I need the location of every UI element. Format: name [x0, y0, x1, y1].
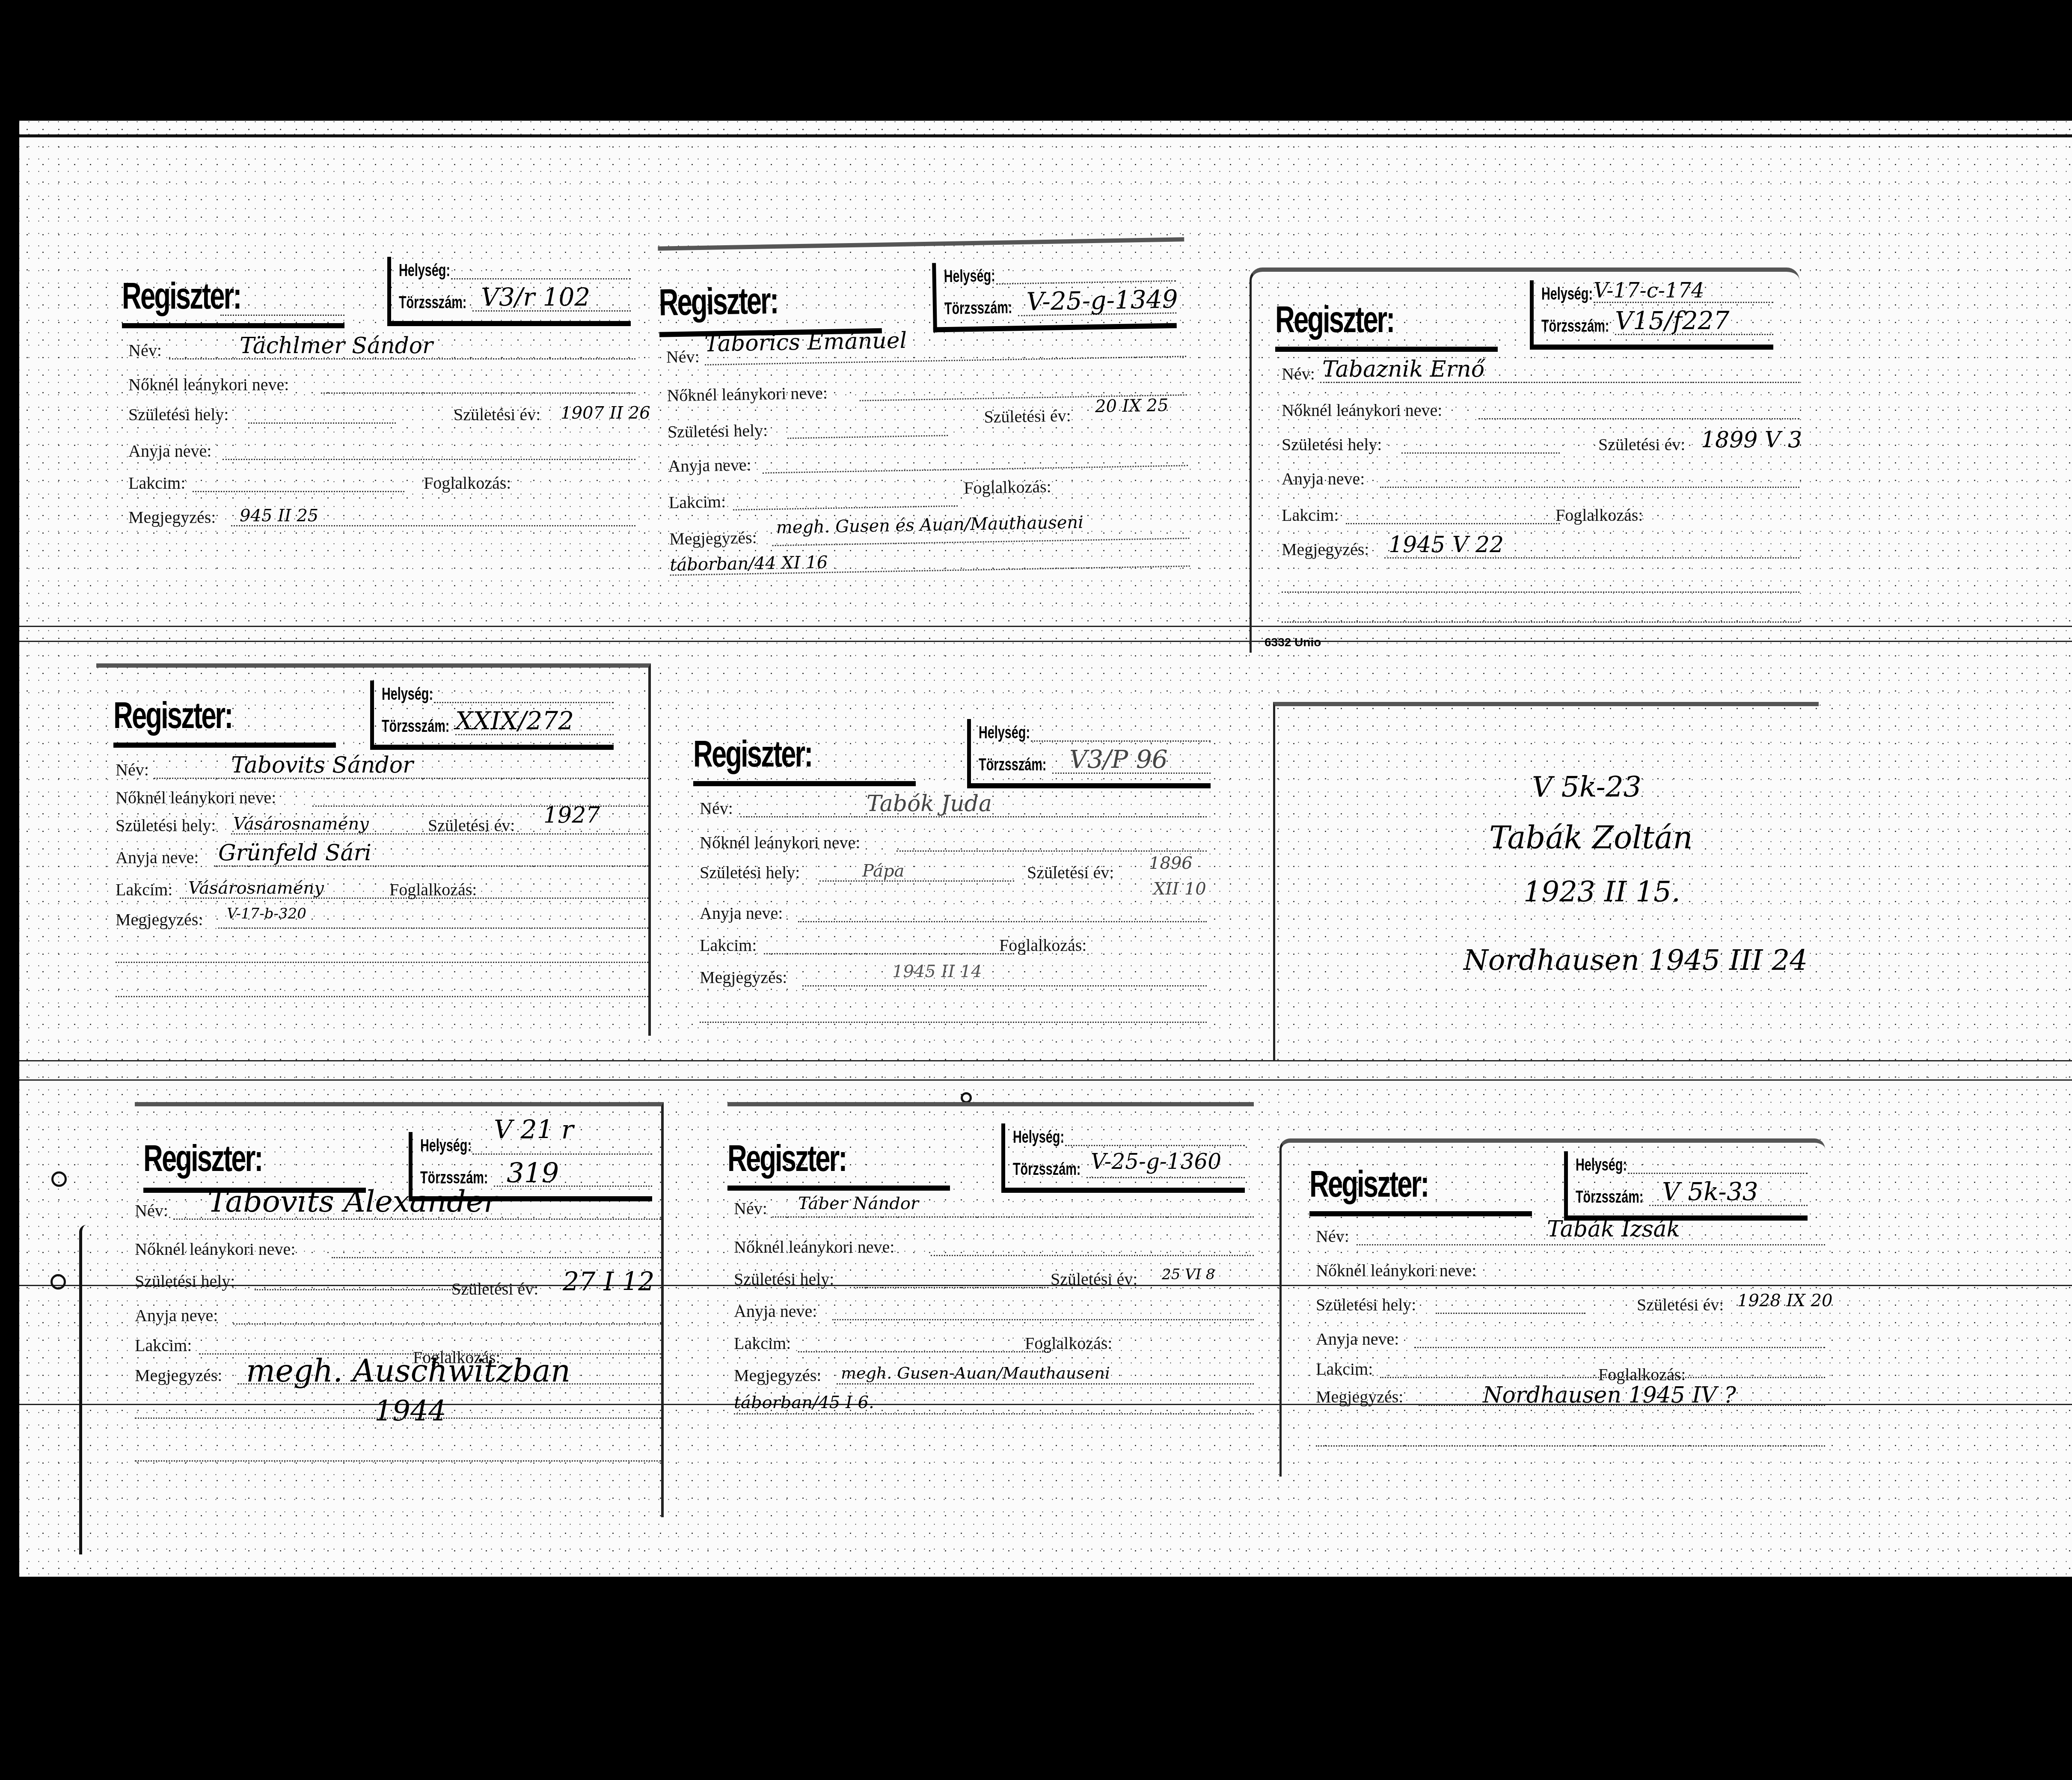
- nev-label: Név:: [1282, 364, 1315, 384]
- register-label: Regiszter:: [659, 279, 778, 324]
- megjegyzes-value: V-17-b-320: [227, 905, 306, 922]
- torzsszam-value: V 5k-33: [1662, 1177, 1758, 1206]
- szul-ev-value: 1899 V 3: [1701, 427, 1802, 453]
- id-box: Helység: V-17-c-174 Törzsszám: V15/f227: [1530, 280, 1773, 350]
- nev-label: Név:: [135, 1201, 168, 1221]
- lakcim-value: Vásárosnamény: [188, 878, 324, 898]
- helyseg-value: V 21 r: [494, 1115, 574, 1145]
- szul-hely-label: Születési hely:: [734, 1269, 834, 1289]
- helyseg-label: Helység:: [1576, 1156, 1627, 1175]
- punch-hole-icon: [50, 1274, 66, 1290]
- dotted-line: [434, 702, 614, 703]
- nev-value: Táber Nándor: [798, 1194, 919, 1213]
- register-dotted-line: [220, 315, 344, 316]
- nev-value: Tabovits Sándor: [231, 752, 413, 778]
- torzsszam-label: Törzsszám:: [399, 293, 466, 312]
- foglalkozas-label: Foglalkozás:: [999, 935, 1086, 955]
- dotted-line: [1065, 1145, 1245, 1146]
- dotted-line: [1628, 1173, 1808, 1174]
- megjegyzes-value: megh. Gusen-Auan/Mauthauseni: [841, 1364, 1110, 1382]
- szul-ev-value: 25 VI 8: [1162, 1266, 1215, 1283]
- anyja-label: Anyja neve:: [700, 903, 783, 923]
- ruled-line: [19, 1079, 2072, 1081]
- torzsszam-value: V-25-g-1349: [1026, 285, 1178, 316]
- nev-label: Név:: [734, 1198, 767, 1218]
- megjegyzes-label: Megjegyzés:: [1282, 539, 1369, 559]
- helyseg-label: Helység:: [1541, 285, 1593, 304]
- register-card: Regiszter: Helység: V-17-c-174 Törzsszám…: [1250, 267, 1799, 653]
- nev-label: Név:: [666, 346, 700, 367]
- torzsszam-value: V15/f227: [1615, 306, 1729, 335]
- leanykori-label: Nőknél leánykori neve:: [700, 832, 860, 853]
- lakcim-label: Lakcim:: [668, 491, 726, 512]
- nev-value: Tabák Izsák: [1547, 1216, 1680, 1242]
- anyja-label: Anyja neve:: [135, 1305, 218, 1325]
- foglalkozas-label: Foglalkozás:: [389, 880, 477, 900]
- anyja-label: Anyja neve:: [1316, 1329, 1399, 1349]
- lakcim-label: Lakcim:: [135, 1335, 192, 1355]
- szul-ev-value: 1907 II 26: [561, 403, 650, 423]
- szul-hely-value: Pápa: [862, 861, 904, 881]
- lakcim-label: Lakcim:: [700, 935, 757, 955]
- szul-ev-value: 1896: [1149, 853, 1193, 873]
- szul-ev-label: Születési év:: [454, 404, 540, 425]
- register-card: Regiszter: Helység: Törzsszám: XXIX/272 …: [96, 663, 651, 1036]
- register-label: Regiszter:: [113, 693, 232, 737]
- nev-label: Név:: [700, 798, 733, 818]
- szul-ev-label: Születési év:: [1051, 1269, 1137, 1289]
- szul-ev-value: 27 I 12: [563, 1267, 655, 1297]
- top-edge-band: [19, 121, 2072, 137]
- szul-ev-label: Születési év:: [1027, 862, 1114, 883]
- anyja-label: Anyja neve:: [668, 455, 751, 476]
- lakcim-label: Lakcim:: [1282, 505, 1339, 525]
- szul-ev-label: Születési év:: [1637, 1295, 1724, 1315]
- handwritten-line: Nordhausen 1945 III 24: [1463, 944, 1808, 977]
- szul-hely-label: Születési hely:: [1316, 1295, 1416, 1315]
- dotted-line: [1086, 1177, 1245, 1178]
- nev-value: Tabovits Alexander: [208, 1184, 498, 1219]
- anyja-label: Anyja neve:: [128, 441, 211, 461]
- handwritten-line: Tabák Zoltán: [1489, 820, 1693, 856]
- printer-mark: 6332 Unio: [1265, 636, 1321, 649]
- nev-value: Tächlmer Sándor: [240, 333, 433, 359]
- leanykori-label: Nőknél leánykori neve:: [667, 383, 828, 406]
- megjegyzes-label: Megjegyzés:: [128, 507, 216, 527]
- register-underline: [693, 781, 916, 786]
- szul-ev-value: 1928 IX 20: [1737, 1291, 1832, 1310]
- szul-ev-label: Születési év:: [984, 405, 1071, 427]
- dotted-line: [996, 280, 1176, 285]
- megjegyzes-value-line2: táborban/44 XI 16: [670, 553, 828, 575]
- torzsszam-value: V3/r 102: [481, 282, 590, 312]
- anyja-label: Anyja neve:: [1282, 469, 1365, 489]
- register-card: Regiszter: Helység: Törzsszám: V-25-g-13…: [658, 237, 1190, 627]
- szul-hely-value: Vásárosnamény: [233, 814, 369, 834]
- dotted-line: [451, 278, 631, 279]
- megjegyzes-value: 1945 V 22: [1389, 532, 1504, 558]
- helyseg-label: Helység:: [1013, 1128, 1064, 1147]
- foglalkozas-label: Foglalkozás:: [964, 476, 1051, 498]
- dotted-line: [472, 1153, 652, 1155]
- szul-ev-label: Születési év:: [428, 815, 515, 835]
- szul-hely-label: Születési hely:: [667, 420, 768, 442]
- register-label: Regiszter:: [693, 732, 812, 776]
- register-underline: [1275, 347, 1498, 352]
- handwritten-card: V 5k-23 Tabák Zoltán 1923 II 15. Nordhau…: [1273, 702, 1819, 1061]
- id-box: Helység: Törzsszám: V-25-g-1360: [1001, 1123, 1245, 1193]
- megjegyzes-label: Megjegyzés:: [1316, 1387, 1403, 1407]
- szul-ev-label: Születési év:: [1598, 434, 1685, 455]
- register-label: Regiszter:: [727, 1136, 846, 1180]
- id-box: Helység: Törzsszám: V-25-g-1349: [932, 259, 1177, 333]
- helyseg-label: Helység:: [979, 723, 1030, 743]
- megjegyzes-value: megh. Gusen és Auan/Mauthauseni: [776, 513, 1083, 538]
- megjegyzes-value: 945 II 25: [240, 506, 318, 526]
- szul-ev-value: 20 IX 25: [1095, 395, 1169, 416]
- foglalkozas-label: Foglalkozás:: [424, 473, 511, 493]
- anyja-value: Grünfeld Sári: [218, 840, 371, 866]
- helyseg-label: Helység:: [399, 261, 450, 280]
- helyseg-label: Helység:: [944, 266, 995, 286]
- leanykori-label: Nőknél leánykori neve:: [128, 374, 289, 395]
- nev-value: Tabók Juda: [867, 791, 992, 817]
- leanykori-label: Nőknél leánykori neve:: [1316, 1260, 1476, 1281]
- nev-value: Tabaznik Ernő: [1322, 357, 1484, 382]
- anyja-label: Anyja neve:: [116, 847, 199, 868]
- register-card: Regiszter: Helység: V 21 r Törzsszám: 31…: [135, 1102, 664, 1517]
- lakcim-label: Lakcim:: [128, 473, 185, 493]
- register-card: Regiszter: Helység: Törzsszám: V-25-g-13…: [727, 1102, 1254, 1444]
- szul-ev-value: 1927: [543, 802, 600, 828]
- nev-label: Név:: [1316, 1226, 1349, 1246]
- leanykori-label: Nőknél leánykori neve:: [135, 1239, 295, 1259]
- leanykori-label: Nőknél leánykori neve:: [1282, 400, 1442, 420]
- torzsszam-label: Törzsszám:: [382, 717, 449, 736]
- torzsszam-value: XXIX/272: [455, 706, 574, 735]
- foglalkozas-label: Foglalkozás:: [1025, 1333, 1112, 1353]
- torzsszam-label: Törzsszám:: [979, 755, 1046, 775]
- register-label: Regiszter:: [143, 1136, 262, 1180]
- nev-value: Taborics Emánuel: [704, 328, 907, 357]
- lakcim-label: Lakcim:: [116, 880, 172, 900]
- torzsszam-value: 319: [507, 1158, 559, 1189]
- register-card: Regiszter: Helység: Törzsszám: V3/r 102 …: [122, 248, 635, 591]
- helyseg-value: V-17-c-174: [1594, 279, 1704, 303]
- helyseg-label: Helység:: [382, 685, 433, 704]
- id-box: Helység: Törzsszám: V3/P 96: [967, 719, 1211, 788]
- register-card: Regiszter: Helység: Törzsszám: V 5k-33 N…: [1279, 1138, 1825, 1477]
- register-underline: [122, 323, 344, 328]
- megjegyzes-label: Megjegyzés:: [116, 909, 203, 930]
- szul-hely-label: Születési hely:: [116, 815, 216, 835]
- torzsszam-label: Törzsszám:: [944, 298, 1012, 318]
- torzsszam-value: V3/P 96: [1069, 745, 1168, 774]
- register-label: Regiszter:: [1309, 1162, 1428, 1206]
- megjegyzes-label: Megjegyzés:: [734, 1365, 821, 1385]
- megjegyzes-value: 1945 II 14: [892, 962, 982, 981]
- megjegyzes-value: Nordhausen 1945 IV ?: [1483, 1382, 1736, 1408]
- id-box: Helység: Törzsszám: V3/r 102: [387, 257, 631, 326]
- foglalkozas-label: Foglalkozás:: [1555, 505, 1643, 525]
- szul-hely-label: Születési hely:: [135, 1271, 235, 1291]
- megjegyzes-label: Megjegyzés:: [135, 1365, 222, 1385]
- lakcim-label: Lakcim:: [734, 1333, 791, 1353]
- anyja-label: Anyja neve:: [734, 1301, 817, 1321]
- szul-hely-label: Születési hely:: [128, 404, 229, 425]
- szul-hely-label: Születési hely:: [700, 862, 800, 883]
- megjegyzes-value: megh. Auschwitzban: [246, 1353, 570, 1389]
- register-label: Regiszter:: [122, 274, 241, 318]
- megjegyzes-value-line2: 1944: [374, 1394, 446, 1427]
- punch-hole-icon: [51, 1171, 67, 1187]
- register-underline: [113, 743, 336, 748]
- torzsszam-label: Törzsszám:: [1541, 317, 1609, 336]
- torzsszam-label: Törzsszám:: [1013, 1160, 1081, 1179]
- szul-hely-label: Születési hely:: [1282, 434, 1382, 455]
- leanykori-label: Nőknél leánykori neve:: [734, 1237, 894, 1257]
- helyseg-label: Helység:: [420, 1136, 472, 1156]
- torzsszam-label: Törzsszám:: [1576, 1188, 1643, 1207]
- megjegyzes-label: Megjegyzés:: [700, 967, 787, 987]
- handwritten-line: 1923 II 15.: [1523, 875, 1680, 908]
- id-box: Helység: Törzsszám: XXIX/272: [370, 681, 614, 750]
- torzsszam-value: V-25-g-1360: [1091, 1149, 1221, 1174]
- handwritten-line: V 5k-23: [1532, 770, 1642, 803]
- dotted-line: [1031, 740, 1211, 742]
- register-label: Regiszter:: [1275, 297, 1394, 341]
- binder-edge: [79, 1225, 86, 1554]
- nev-label: Név:: [128, 340, 162, 360]
- id-box: Helység: Törzsszám: V 5k-33: [1564, 1151, 1808, 1221]
- register-card: Regiszter: Helység: Törzsszám: V3/P 96 N…: [693, 702, 1207, 1044]
- megjegyzes-value-line2: táborban/45 I 6.: [734, 1393, 874, 1412]
